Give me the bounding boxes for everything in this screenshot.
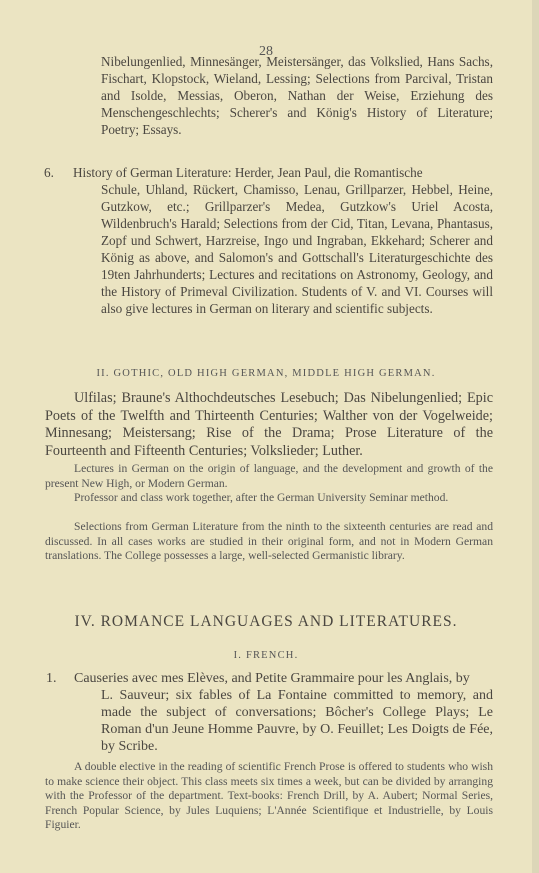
heading-gothic: II. GOTHIC, OLD HIGH GERMAN, MIDDLE HIGH… xyxy=(0,368,532,379)
book-page: 28 Nibelungenlied, Minnesänger, Meisters… xyxy=(0,0,532,873)
french-item-1: 1. Causeries avec mes Elèves, and Petite… xyxy=(46,670,493,755)
page-edge xyxy=(532,0,539,873)
gothic-paragraph: Ulfilas; Braune's Althochdeutsches Leseb… xyxy=(45,390,493,460)
section-6-first-line: History of German Literature: Herder, Je… xyxy=(73,164,493,181)
note-seminar-method: Professor and class work together, after… xyxy=(45,491,493,506)
section-6-number: 6. xyxy=(44,164,54,181)
heading-french: I. FRENCH. xyxy=(0,650,532,661)
french-item-body: L. Sauveur; six fables of La Fontaine co… xyxy=(101,687,493,755)
section-5-text: Nibelungenlied, Minnesänger, Meistersäng… xyxy=(101,54,493,137)
section-6-body: Schule, Uhland, Rückert, Chamisso, Lenau… xyxy=(73,181,493,317)
section-5-continued: Nibelungenlied, Minnesänger, Meistersäng… xyxy=(101,53,493,138)
note-scientific-french: A double elective in the reading of scie… xyxy=(45,760,493,833)
note-selections: Selections from German Literature from t… xyxy=(45,520,493,564)
french-item-number: 1. xyxy=(46,670,57,687)
note-origin-of-language: Lectures in German on the origin of lang… xyxy=(45,462,493,491)
french-item-first-line: Causeries avec mes Elèves, and Petite Gr… xyxy=(74,670,493,687)
section-6: 6. History of German Literature: Herder,… xyxy=(44,164,493,317)
heading-romance-languages: IV. ROMANCE LANGUAGES AND LITERATURES. xyxy=(0,613,532,631)
